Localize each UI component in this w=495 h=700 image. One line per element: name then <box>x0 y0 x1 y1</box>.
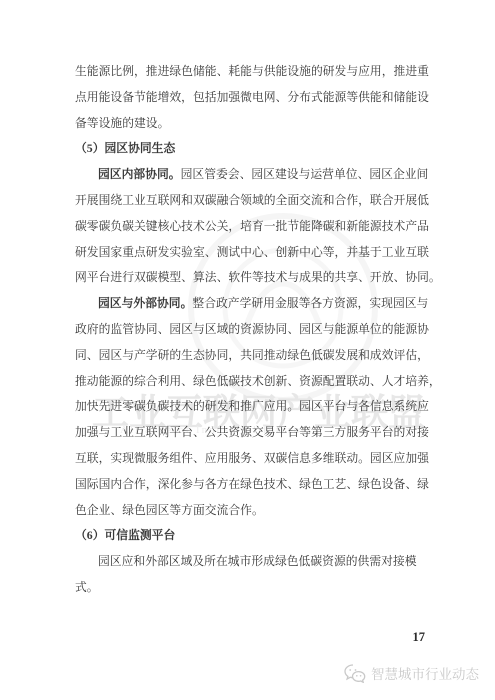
text-line: 点用能设备节能增效，包括加强微电网、分布式能源等供能和储能设 <box>75 85 427 111</box>
footer-brand-bar: 智慧城市行业动态 <box>344 663 479 683</box>
paragraph-first-line: 园区与外部协同。整合政产学研用金服等各方资源，实现园区与 <box>75 291 427 317</box>
section-heading-5: （5）园区协同生态 <box>75 136 427 162</box>
text-line: 式。 <box>75 575 427 601</box>
text-line-rest: 整合政产学研用金服等各方资源，实现园区与 <box>192 296 428 310</box>
text-line: 政府的监管协同、园区与区域的资源协同、园区与能源单位的能源协 <box>75 317 427 343</box>
text-line: 研发国家重点研发实验室、测试中心、创新中心等，并基于工业互联 <box>75 240 427 266</box>
paragraph-first-line: 园区应和外部区域及所在城市形成绿色低碳资源的供需对接模 <box>75 549 427 575</box>
wechat-logo-icon <box>344 664 366 683</box>
paragraph-first-line: 园区内部协同。园区管委会、园区建设与运营单位、园区企业间 <box>75 162 427 188</box>
document-page: 工业互联网产业联盟 Alliance of Industrial Interne… <box>0 0 495 700</box>
text-line-rest: 园区管委会、园区建设与运营单位、园区企业间 <box>181 167 429 181</box>
page-number: 17 <box>413 630 426 645</box>
text-line: 推动能源的综合利用、绿色低碳技术创新、资源配置联动、人才培养， <box>75 369 427 395</box>
text-line: 备等设施的建设。 <box>75 111 427 137</box>
document-body: 生能源比例，推进绿色储能、耗能与供能设施的研发与应用，推进重 点用能设备节能增效… <box>75 59 427 601</box>
text-line: 国际国内合作，深化参与各方在绿色技术、绿色工艺、绿色设备、绿 <box>75 472 427 498</box>
text-line: 互联，实现微服务组件、应用服务、双碳信息多维联动。园区应加强 <box>75 446 427 472</box>
text-line: 加快先进零碳负碳技术的研发和推广应用。园区平台与各信息系统应 <box>75 394 427 420</box>
text-line: 生能源比例，推进绿色储能、耗能与供能设施的研发与应用，推进重 <box>75 59 427 85</box>
text-line: 加强与工业互联网平台、公共资源交易平台等第三方服务平台的对接 <box>75 420 427 446</box>
text-line: 同、园区与产学研的生态协同，共同推动绿色低碳发展和成效评估， <box>75 343 427 369</box>
footer-brand[interactable]: 智慧城市行业动态 <box>371 663 479 683</box>
text-line: 网平台进行双碳模型、算法、软件等技术与成果的共享、开放、协同。 <box>75 265 427 291</box>
paragraph-lead: 园区内部协同。 <box>98 167 181 181</box>
text-line: 色企业、绿色园区等方面交流合作。 <box>75 498 427 524</box>
text-line: 开展围绕工业互联网和双碳融合领域的全面交流和合作，联合开展低 <box>75 188 427 214</box>
paragraph-lead: 园区与外部协同。 <box>98 296 192 310</box>
section-heading-6: （6）可信监测平台 <box>75 523 427 549</box>
text-line: 碳零碳负碳关键核心技术公关，培育一批节能降碳和新能源技术产品 <box>75 214 427 240</box>
